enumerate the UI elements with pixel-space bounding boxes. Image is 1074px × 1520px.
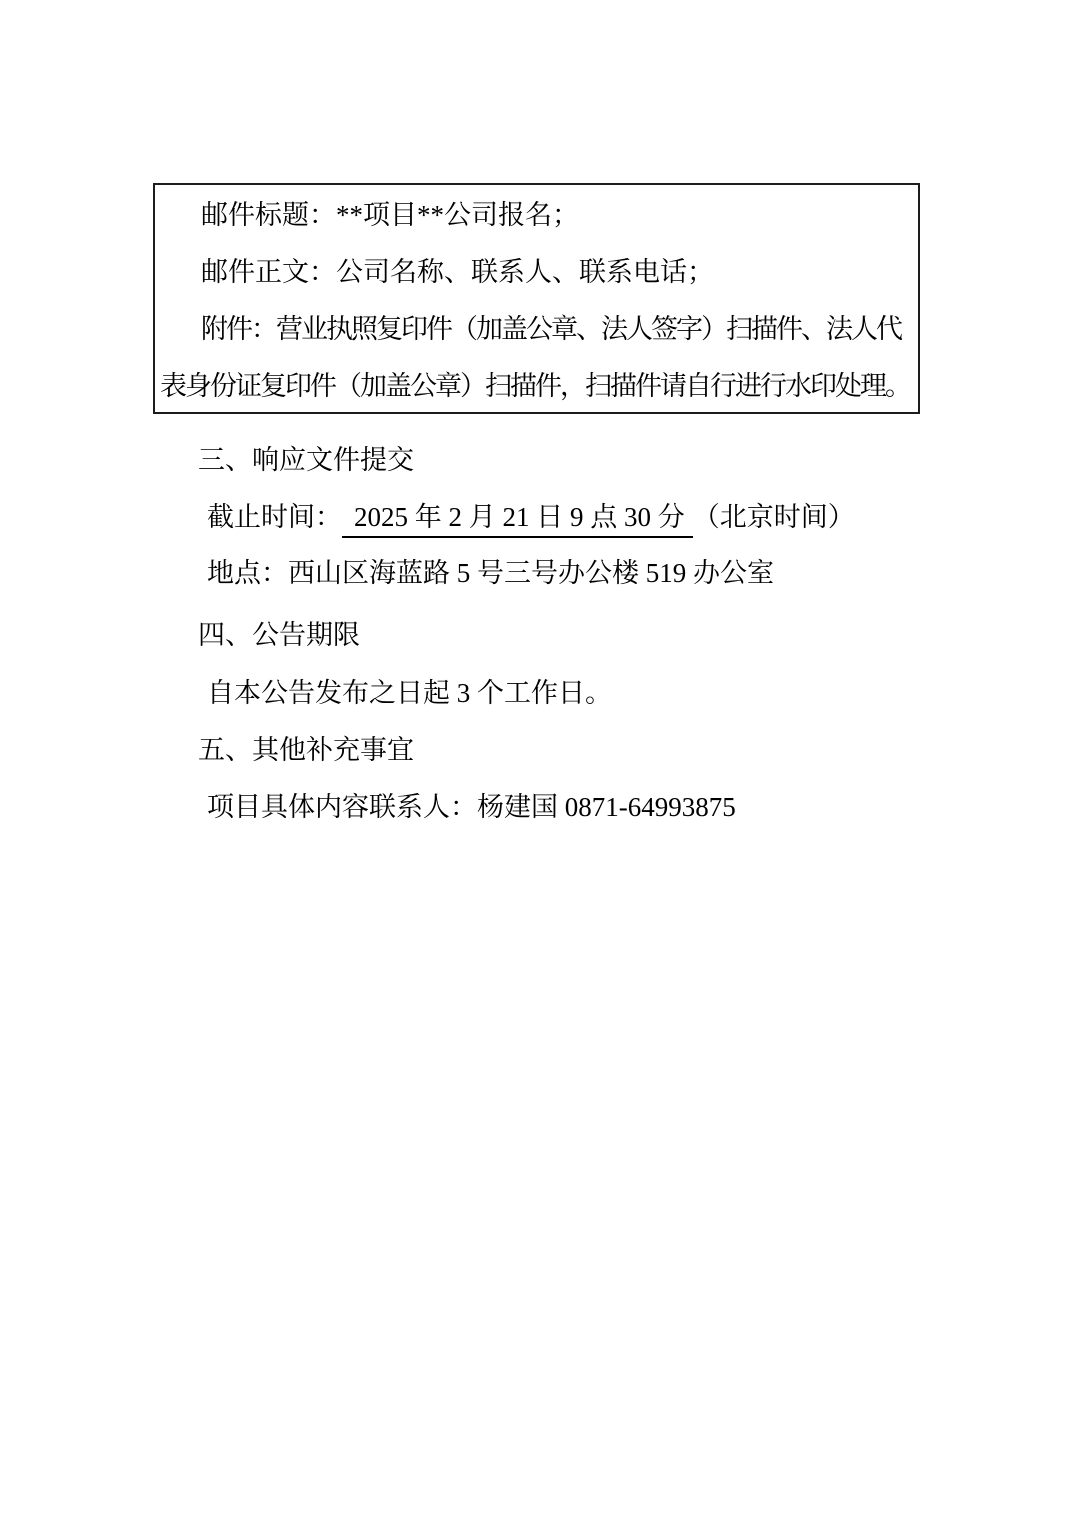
deadline-value-underlined: 2025 年 2 月 21 日 9 点 30 分 [342,499,693,538]
attachment-line-2: 表身份证复印件（加盖公章）扫描件，扫描件请自行进行水印处理。 [160,358,913,415]
deadline-line: 截止时间：2025 年 2 月 21 日 9 点 30 分（北京时间） [207,499,855,538]
location-line: 地点：西山区海蓝路 5 号三号办公楼 519 办公室 [207,555,774,591]
email-body-line: 邮件正文：公司名称、联系人、联系电话； [160,244,913,301]
email-subject-line: 邮件标题：**项目**公司报名； [160,187,913,244]
document-page: 邮件标题：**项目**公司报名； 邮件正文：公司名称、联系人、联系电话； 附件：… [0,0,1074,1520]
announcement-period-text: 自本公告发布之日起 3 个工作日。 [207,675,612,711]
deadline-label: 截止时间： [207,502,342,532]
attachment-line-1: 附件：营业执照复印件（加盖公章、法人签字）扫描件、法人代 [160,301,913,358]
section-heading-submission: 三、响应文件提交 [198,442,414,478]
section-heading-other-matters: 五、其他补充事宜 [198,732,414,768]
deadline-timezone: （北京时间） [693,502,855,532]
email-instructions-box: 邮件标题：**项目**公司报名； 邮件正文：公司名称、联系人、联系电话； 附件：… [153,183,920,414]
contact-line: 项目具体内容联系人：杨建国 0871-64993875 [207,789,736,825]
section-heading-announcement-period: 四、公告期限 [198,617,360,653]
